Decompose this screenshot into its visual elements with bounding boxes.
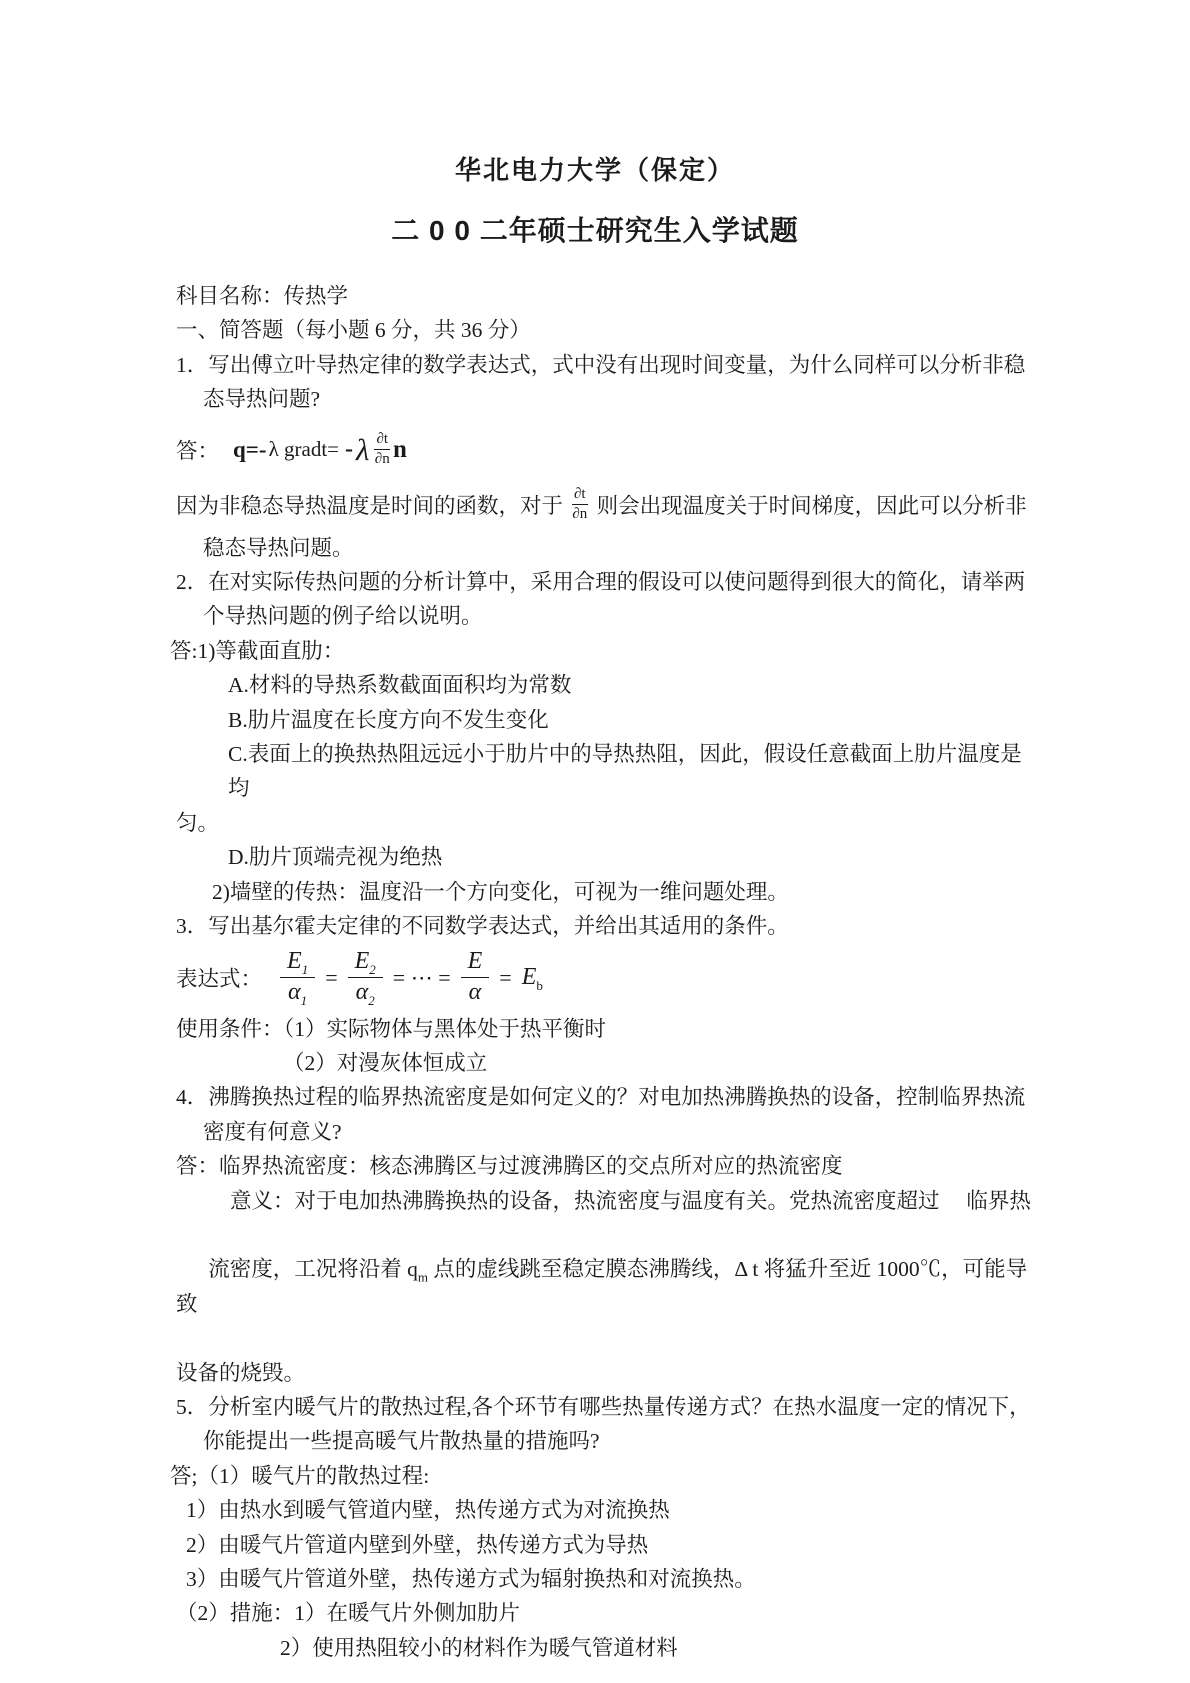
- formula-partial-fraction: ∂t ∂n: [374, 431, 390, 469]
- fraction-denominator: α2: [356, 978, 375, 1006]
- q3-condition-1: 使用条件：（1）实际物体与黑体处于热平衡时: [176, 1012, 1042, 1046]
- q4-line1: 4．沸腾换热过程的临界热流密度是如何定义的？对电加热沸腾换热的设备，控制临界热流: [176, 1080, 1042, 1114]
- q5-process-1: 1）由热水到暖气管道内壁，热传递方式为对流换热: [186, 1493, 1042, 1527]
- subscript: 1: [302, 962, 309, 977]
- q4-answer-line2: 意义：对于电加热沸腾换热的设备，热流密度与温度有关。党热流密度超过 临界热: [230, 1184, 1042, 1218]
- inline-partial-fraction: ∂t ∂n: [572, 486, 588, 524]
- q2-item-b: B.肋片温度在长度方向不发生变化: [228, 703, 1042, 737]
- q3-expression-label: 表达式：: [176, 962, 262, 993]
- section-heading: 一、简答题（每小题 6 分，共 36 分）: [176, 313, 1042, 347]
- formula-q-term: q=-: [233, 437, 267, 463]
- q2-item-c-line2: 匀。: [176, 806, 1042, 840]
- absorptivity-symbol: α: [469, 979, 482, 1005]
- q1-line2: 态导热问题?: [203, 382, 1042, 416]
- q3-condition-2: （2）对漫灰体恒成立: [283, 1046, 1042, 1080]
- kirchhoff-fraction-1: E1 α1: [280, 949, 315, 1006]
- formula-gradt-term: λ gradt=: [269, 437, 339, 462]
- q3-expression-formula: 表达式： E1 α1 = E2 α2 = ⋯ = E α = Eb: [176, 946, 1042, 1010]
- q1-explanation-post: 则会出现温度关于时间梯度，因此可以分析非: [597, 489, 1027, 520]
- q2-item-d: D.肋片顶端壳视为绝热: [228, 840, 1042, 874]
- q4-answer-line1: 答：临界热流密度：核态沸腾区与过渡沸腾区的交点所对应的热流密度: [176, 1149, 1042, 1183]
- equals-ellipsis: = ⋯ =: [393, 965, 451, 991]
- emissive-power-symbol: E: [468, 948, 483, 974]
- q5-process-3: 3）由暖气片管道外壁，热传递方式为辐射换热和对流换热。: [186, 1562, 1042, 1596]
- subscript: b: [536, 978, 543, 993]
- fraction-numerator: E2: [348, 949, 383, 978]
- q1-line1: 1．写出傅立叶导热定律的数学表达式，式中没有出现时间变量，为什么同样可以分析非稳: [176, 348, 1042, 382]
- q1-answer-formula: 答： q=- λ gradt= - λ ∂t ∂n n: [176, 425, 1042, 475]
- subscript: 2: [369, 962, 376, 977]
- university-title: 华北电力大学（保定）: [0, 0, 1190, 185]
- q5-process-2: 2）由暖气片管道内壁到外壁，热传递方式为导热: [186, 1528, 1042, 1562]
- fraction-numerator: ∂t: [572, 486, 588, 505]
- subscript: m: [418, 1270, 428, 1285]
- equals-sign: =: [499, 965, 511, 991]
- emissive-power-symbol: E: [522, 964, 537, 990]
- fraction-numerator: ∂t: [374, 431, 390, 450]
- subject-line: 科目名称：传热学: [176, 279, 1042, 313]
- absorptivity-symbol: α: [356, 979, 369, 1005]
- q3-line1: 3．写出基尔霍夫定律的不同数学表达式，并给出其适用的条件。: [176, 909, 1042, 943]
- q2-item-a: A.材料的导热系数截面面积均为常数: [228, 668, 1042, 702]
- q5-answer-intro: 答;（1）暖气片的散热过程:: [170, 1459, 1042, 1493]
- fraction-denominator: ∂n: [375, 450, 390, 468]
- equals-sign: =: [325, 965, 337, 991]
- q2-line1: 2．在对实际传热问题的分析计算中，采用合理的假设可以使问题得到很大的简化，请举两: [176, 565, 1042, 599]
- document-body: 科目名称：传热学 一、简答题（每小题 6 分，共 36 分） 1．写出傅立叶导热…: [0, 279, 1190, 1665]
- q2-line2: 个导热问题的例子给以说明。: [203, 599, 1042, 633]
- q2-item-c-line1: C.表面上的换热热阻远远小于肋片中的导热热阻，因此，假设任意截面上肋片温度是均: [228, 737, 1042, 806]
- exam-title: 二 0 0 二年硕士研究生入学试题: [0, 215, 1190, 247]
- formula-normal-vector: n: [393, 436, 407, 464]
- q1-explanation-line1: 因为非稳态导热温度是时间的函数，对于 ∂t ∂n 则会出现温度关于时间梯度，因此…: [176, 479, 1042, 531]
- q1-explanation-pre: 因为非稳态导热温度是时间的函数，对于: [176, 489, 563, 520]
- q2-wall-item: 2)墙壁的传热：温度沿一个方向变化，可视为一维问题处理。: [212, 875, 1042, 909]
- q1-answer-label: 答：: [176, 434, 219, 465]
- q4-answer-line4: 设备的烧毁。: [176, 1356, 1042, 1390]
- heat-flux-symbol: q: [407, 1257, 418, 1281]
- q5-measure-1: （2）措施：1）在暖气片外侧加肋片: [176, 1596, 1042, 1630]
- formula-lambda-symbol: λ: [356, 434, 369, 465]
- kirchhoff-fraction-2: E2 α2: [348, 949, 383, 1006]
- fraction-denominator: α: [469, 978, 482, 1006]
- emissive-power-symbol: E: [355, 948, 370, 974]
- fraction-numerator: E1: [280, 949, 315, 978]
- kirchhoff-fraction-3: E α: [461, 949, 490, 1006]
- q5-measure-2: 2）使用热阻较小的材料作为暖气管道材料: [280, 1631, 1042, 1665]
- emissive-power-symbol: E: [287, 948, 302, 974]
- fraction-denominator: α1: [288, 978, 307, 1006]
- subscript: 1: [301, 993, 308, 1008]
- fraction-denominator: ∂n: [572, 505, 587, 523]
- subscript: 2: [368, 993, 375, 1008]
- q4-answer-line3: 流密度，工况将沿着 qm 点的虚线跳至稳定膜态沸腾线，Δ t 将猛升至近 100…: [176, 1218, 1042, 1356]
- absorptivity-symbol: α: [288, 979, 301, 1005]
- fraction-numerator: E: [461, 949, 490, 978]
- formula-minus-sign: -: [345, 436, 353, 463]
- q1-explanation-line2: 稳态导热问题。: [203, 531, 1042, 565]
- exam-paper-page: 华北电力大学（保定） 二 0 0 二年硕士研究生入学试题 科目名称：传热学 一、…: [0, 0, 1190, 1683]
- q5-line2: 你能提出一些提高暖气片散热量的措施吗?: [203, 1424, 1042, 1458]
- q5-line1: 5．分析室内暖气片的散热过程,各个环节有哪些热量传递方式？在热水温度一定的情况下…: [176, 1390, 1042, 1424]
- q4-answer-line3-pre: 流密度，工况将沿着: [208, 1257, 407, 1281]
- blackbody-emissive-power: Eb: [522, 964, 543, 991]
- q2-answer-intro: 答:1)等截面直肋：: [170, 634, 1042, 668]
- q4-line2: 密度有何意义?: [203, 1115, 1042, 1149]
